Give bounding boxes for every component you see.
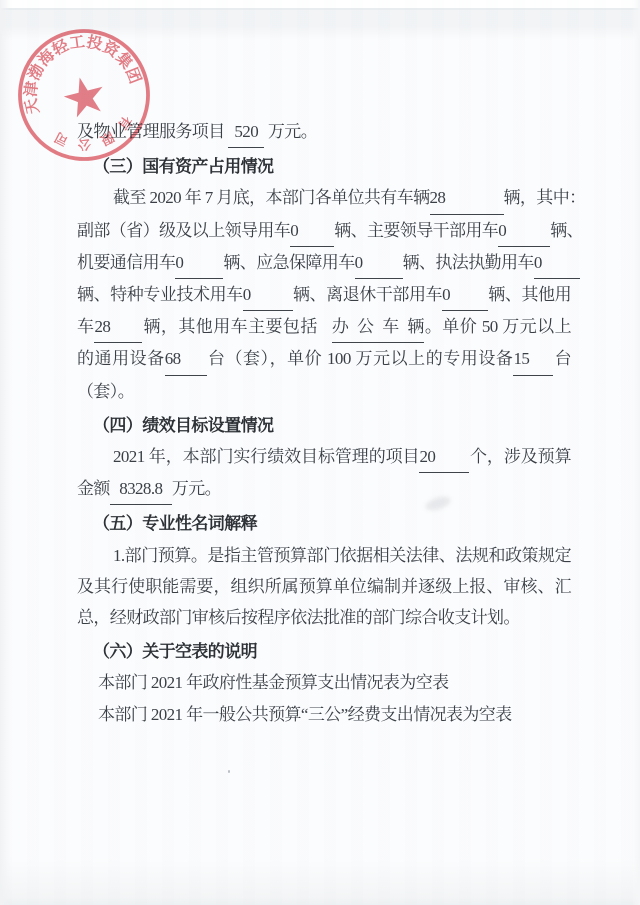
text-segment: 辆、 [550,221,583,240]
text-segment: 辆，其中： [504,188,586,207]
text-segment: 。单价 50 万元以上 [424,317,571,336]
text-segment: 辆，其他用车主要包括 [142,317,317,336]
text-segment: （六）关于空表的说明 [93,642,257,661]
doc-line: 及物业管理服务项目 520 万元。 [77,116,571,148]
text-segment: 辆、主要领导干部用车 [334,221,498,240]
scan-speck [228,770,230,773]
blank-field: 0 [534,247,580,279]
text-segment: 及物业管理服务项目 [77,122,228,141]
doc-line: 总，经财政部门审核后按程序依法批准的部门综合收支计划。 [77,602,571,633]
text-segment: （三）国有资产占用情况 [93,157,273,176]
blank-field: 0 [355,247,403,279]
doc-line: 机要通信用车0辆、应急保障用车0辆、执法执勤用车0 [77,247,571,279]
text-segment: 副部（省）级及以上领导用车 [77,221,290,240]
doc-line: 金额8328.8万元。 [77,473,571,505]
seal-top-text: 天津渤海轻工投资集团 [8,18,147,116]
text-segment: 辆、特种专业技术用车 [77,285,243,304]
doc-heading-line: （五）专业性名词解释 [77,508,571,539]
text-segment: 辆、应急保障用车 [223,253,354,272]
blank-field: 0 [498,215,550,247]
blank-field: 28 [430,182,504,214]
document-body: 及物业管理服务项目 520 万元。（三）国有资产占用情况截至 2020 年 7 … [77,116,571,730]
doc-heading-line: （六）关于空表的说明 [77,636,571,667]
doc-line: 副部（省）级及以上领导用车0辆、主要领导干部用车0辆、 [77,215,571,247]
doc-line: （套）。 [77,376,571,407]
text-segment: 总，经财政部门审核后按程序依法批准的部门综合收支计划。 [77,608,520,627]
doc-heading-line: （四）绩效目标设置情况 [77,410,571,441]
doc-line: 1.部门预算。是指主管预算部门依据相关法律、法规和政策规定 [77,540,571,571]
text-segment: 及其行使职能需要，组织所属预算单位编制并逐级上报、审核、汇 [77,577,571,596]
blank-field: 15 [513,343,553,375]
text-segment: 的通用设备 [77,349,165,368]
text-segment: 截至 2020 年 7 月底，本部门各单位共有车辆 [113,188,430,207]
page: 及物业管理服务项目 520 万元。（三）国有资产占用情况截至 2020 年 7 … [0,0,640,905]
doc-line: 的通用设备68台（套），单价 100 万元以上的专用设备15台 [77,343,571,375]
doc-line: 2021 年，本部门实行绩效目标管理的项目20个，涉及预算 [77,441,571,473]
scan-edge-right [632,0,640,905]
blank-field: 28 [94,311,142,343]
text-segment: 1.部门预算。是指主管预算部门依据相关法律、法规和政策规定 [113,546,571,565]
blank-field: 520 [228,116,264,148]
blank-field: 办公车辆 [332,311,424,343]
text-segment: 万元。 [264,122,317,141]
blank-field: 0 [175,247,223,279]
text-segment: 台（套），单价 100 万元以上的专用设备 [207,349,514,368]
text-segment: （套）。 [77,382,134,401]
blank-field: 0 [290,215,334,247]
blank-field: 20 [419,441,469,473]
text-segment: 2021 年，本部门实行绩效目标管理的项目 [113,447,419,466]
blank-field: 8328.8 [110,473,172,505]
blank-field: 0 [442,279,488,311]
text-segment: 辆、其他用 [488,285,571,304]
text-segment: 辆、离退休干部用车 [293,285,442,304]
text-segment: 万元。 [172,479,221,498]
doc-line: 本部门 2021 年政府性基金预算支出情况表为空表 [77,667,571,698]
text-segment: 本部门 2021 年政府性基金预算支出情况表为空表 [98,673,449,692]
doc-heading-line: （三）国有资产占用情况 [77,151,571,182]
doc-line: 及其行使职能需要，组织所属预算单位编制并逐级上报、审核、汇 [77,571,571,602]
blank-field: 0 [243,279,293,311]
doc-line: 截至 2020 年 7 月底，本部门各单位共有车辆28辆，其中： [77,182,571,214]
text-segment: 车 [77,317,94,336]
scan-edge-left [0,0,10,905]
text-segment: 个，涉及预算 [469,447,571,466]
doc-line: 本部门 2021 年一般公共预算“三公”经费支出情况表为空表 [77,699,571,730]
text-segment: 金额 [77,479,110,498]
doc-line: 辆、特种专业技术用车0辆、离退休干部用车0辆、其他用 [77,279,571,311]
text-segment: 本部门 2021 年一般公共预算“三公”经费支出情况表为空表 [98,705,512,724]
text-segment: 台 [553,349,571,368]
doc-line: 车28辆，其他用车主要包括办公车辆。单价 50 万元以上 [77,311,571,343]
text-segment: 辆、执法执勤用车 [403,253,534,272]
blank-field: 68 [165,343,207,375]
text-segment: （五）专业性名词解释 [93,514,257,533]
star-icon [60,73,108,120]
text-segment: （四）绩效目标设置情况 [93,416,273,435]
text-segment: 机要通信用车 [77,253,175,272]
